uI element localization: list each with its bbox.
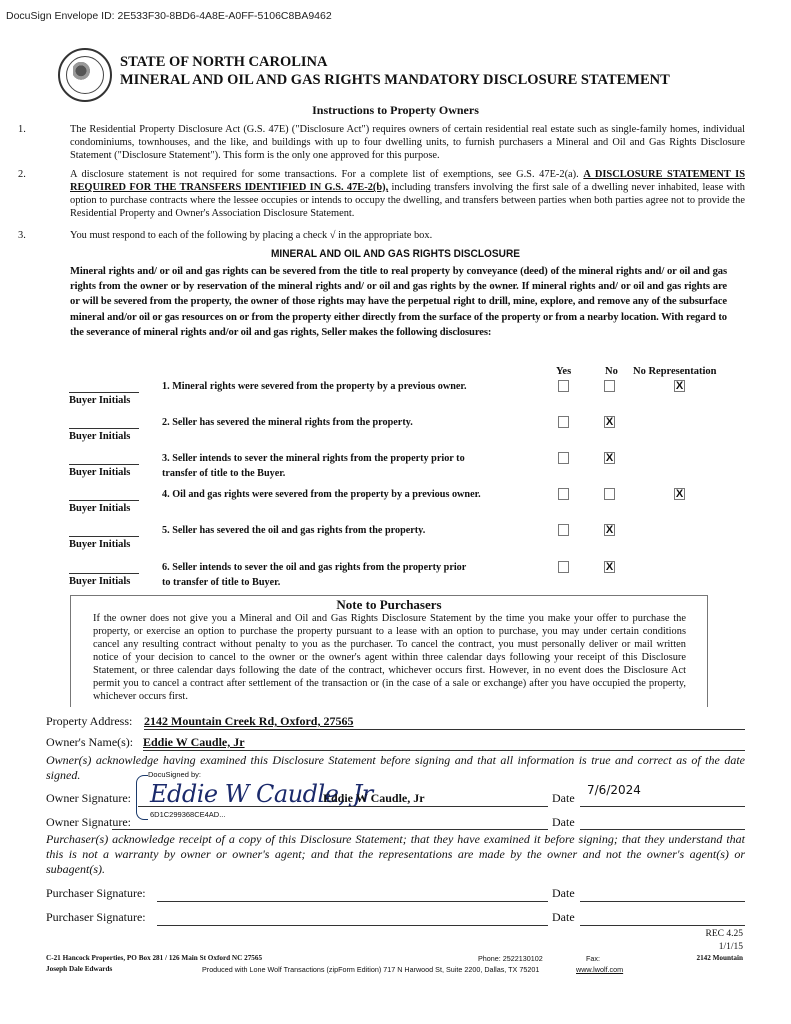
docusign-bracket [136,775,148,820]
purchaser-signature-2-label: Purchaser Signature: [46,910,146,925]
owner-signature-line [138,806,548,807]
owner-date-value[interactable]: 7/6/2024 [587,783,641,797]
checkbox-no-representation[interactable]: X [674,488,685,500]
checkbox-yes[interactable] [558,380,569,392]
checkbox-yes[interactable] [558,561,569,573]
purchaser-acknowledgement: Purchaser(s) acknowledge receipt of a co… [46,832,745,877]
checkbox-no[interactable] [604,488,615,500]
form-title-state: STATE OF NORTH CAROLINA [120,54,327,71]
buyer-initials-label: Buyer Initials [69,431,130,442]
date-label: Date [552,815,575,830]
buyer-initials-field[interactable] [69,500,139,501]
instruction-text: The Residential Property Disclosure Act … [70,123,745,162]
question-text: 6. Seller intends to sever the oil and g… [162,561,466,575]
column-yes: Yes [556,366,571,377]
property-address-label: Property Address: [46,714,132,729]
instruction-item-3: 3. You must respond to each of the follo… [18,229,745,243]
property-address-line [144,729,745,730]
buyer-initials-field[interactable] [69,573,139,574]
instruction-item-1: 1. The Residential Property Disclosure A… [18,123,745,163]
question-text: 3. Seller intends to sever the mineral r… [162,452,465,466]
checkbox-yes[interactable] [558,416,569,428]
purchaser-signature-field[interactable] [157,901,548,902]
purchaser-signature-2-field[interactable] [157,925,548,926]
instruction-text: A disclosure statement is not required f… [70,168,745,220]
footer-phone: Phone: 2522130102 [478,954,543,963]
column-no-representation: No Representation [633,366,717,377]
checkbox-no[interactable]: X [604,524,615,536]
form-title: MINERAL AND OIL AND GAS RIGHTS MANDATORY… [120,72,670,89]
date-label: Date [552,886,575,901]
docusigned-by-label: DocuSigned by: [148,770,201,779]
checkbox-no[interactable]: X [604,561,615,573]
buyer-initials-label: Buyer Initials [69,503,130,514]
footer-produced-with: Produced with Lone Wolf Transactions (zi… [202,965,539,974]
purchaser-date-2-field[interactable] [580,925,745,926]
column-no: No [605,366,618,377]
purchaser-date-field[interactable] [580,901,745,902]
buyer-initials-label: Buyer Initials [69,539,130,550]
footer-agent: Joseph Dale Edwards [46,965,112,973]
docusign-envelope-id: DocuSign Envelope ID: 2E533F30-8BD6-4A8E… [6,10,332,22]
instruction-text-part: A disclosure statement is not required f… [70,169,583,180]
owner-signed-name: Eddie W Caudle, Jr [323,791,425,806]
form-date: 1/1/15 [719,942,743,952]
checkbox-no[interactable] [604,380,615,392]
owner-signature-2-field[interactable] [112,829,548,830]
buyer-initials-label: Buyer Initials [69,395,130,406]
footer-file-name: 2142 Mountain [696,954,743,962]
instruction-number: 2. [18,168,26,181]
question-text-continued: to transfer of title to Buyer. [162,576,280,590]
buyer-initials-label: Buyer Initials [69,467,130,478]
buyer-initials-field[interactable] [69,464,139,465]
note-text: If the owner does not give you a Mineral… [93,612,686,703]
buyer-initials-field[interactable] [69,536,139,537]
disclosure-paragraph: Mineral rights and/ or oil and gas right… [70,264,727,340]
property-address-value[interactable]: 2142 Mountain Creek Rd, Oxford, 27565 [144,714,353,729]
owner-signature-2-label: Owner Signature: [46,815,131,830]
question-text: 4. Oil and gas rights were severed from … [162,488,481,502]
footer-fax: Fax: [586,954,600,963]
checkbox-yes[interactable] [558,524,569,536]
owner-names-value[interactable]: Eddie W Caudle, Jr [143,735,245,750]
checkbox-yes[interactable] [558,488,569,500]
question-text-continued: transfer of title to the Buyer. [162,467,285,481]
purchaser-signature-label: Purchaser Signature: [46,886,146,901]
checkbox-no[interactable]: X [604,416,615,428]
disclosure-title: MINERAL AND OIL AND GAS RIGHTS DISCLOSUR… [32,248,760,260]
question-text: 1. Mineral rights were severed from the … [162,380,467,394]
checkbox-no[interactable]: X [604,452,615,464]
footer-website-link[interactable]: www.lwolf.com [576,965,623,974]
checkbox-yes[interactable] [558,452,569,464]
buyer-initials-field[interactable] [69,428,139,429]
checkbox-no-representation[interactable]: X [674,380,685,392]
footer-brokerage: C-21 Hancock Properties, PO Box 281 / 12… [46,954,262,962]
owner-names-label: Owner's Name(s): [46,735,133,750]
owner-date-line [580,806,745,807]
state-seal-icon [58,48,112,102]
date-label: Date [552,791,575,806]
owner-names-line [143,750,745,751]
instruction-item-2: 2. A disclosure statement is not require… [18,168,745,224]
owner-signature-label: Owner Signature: [46,791,131,806]
buyer-initials-field[interactable] [69,392,139,393]
question-text: 5. Seller has severed the oil and gas ri… [162,524,425,538]
owner-date-2-field[interactable] [580,829,745,830]
note-title: Note to Purchasers [70,597,708,613]
date-label: Date [552,910,575,925]
form-code: REC 4.25 [706,929,743,939]
instruction-number: 3. [18,229,26,242]
instruction-text: You must respond to each of the followin… [70,229,745,242]
instruction-number: 1. [18,123,26,136]
signature-hash: 6D1C299368CE4AD... [150,810,225,819]
instructions-title: Instructions to Property Owners [0,103,791,118]
buyer-initials-label: Buyer Initials [69,576,130,587]
question-text: 2. Seller has severed the mineral rights… [162,416,413,430]
